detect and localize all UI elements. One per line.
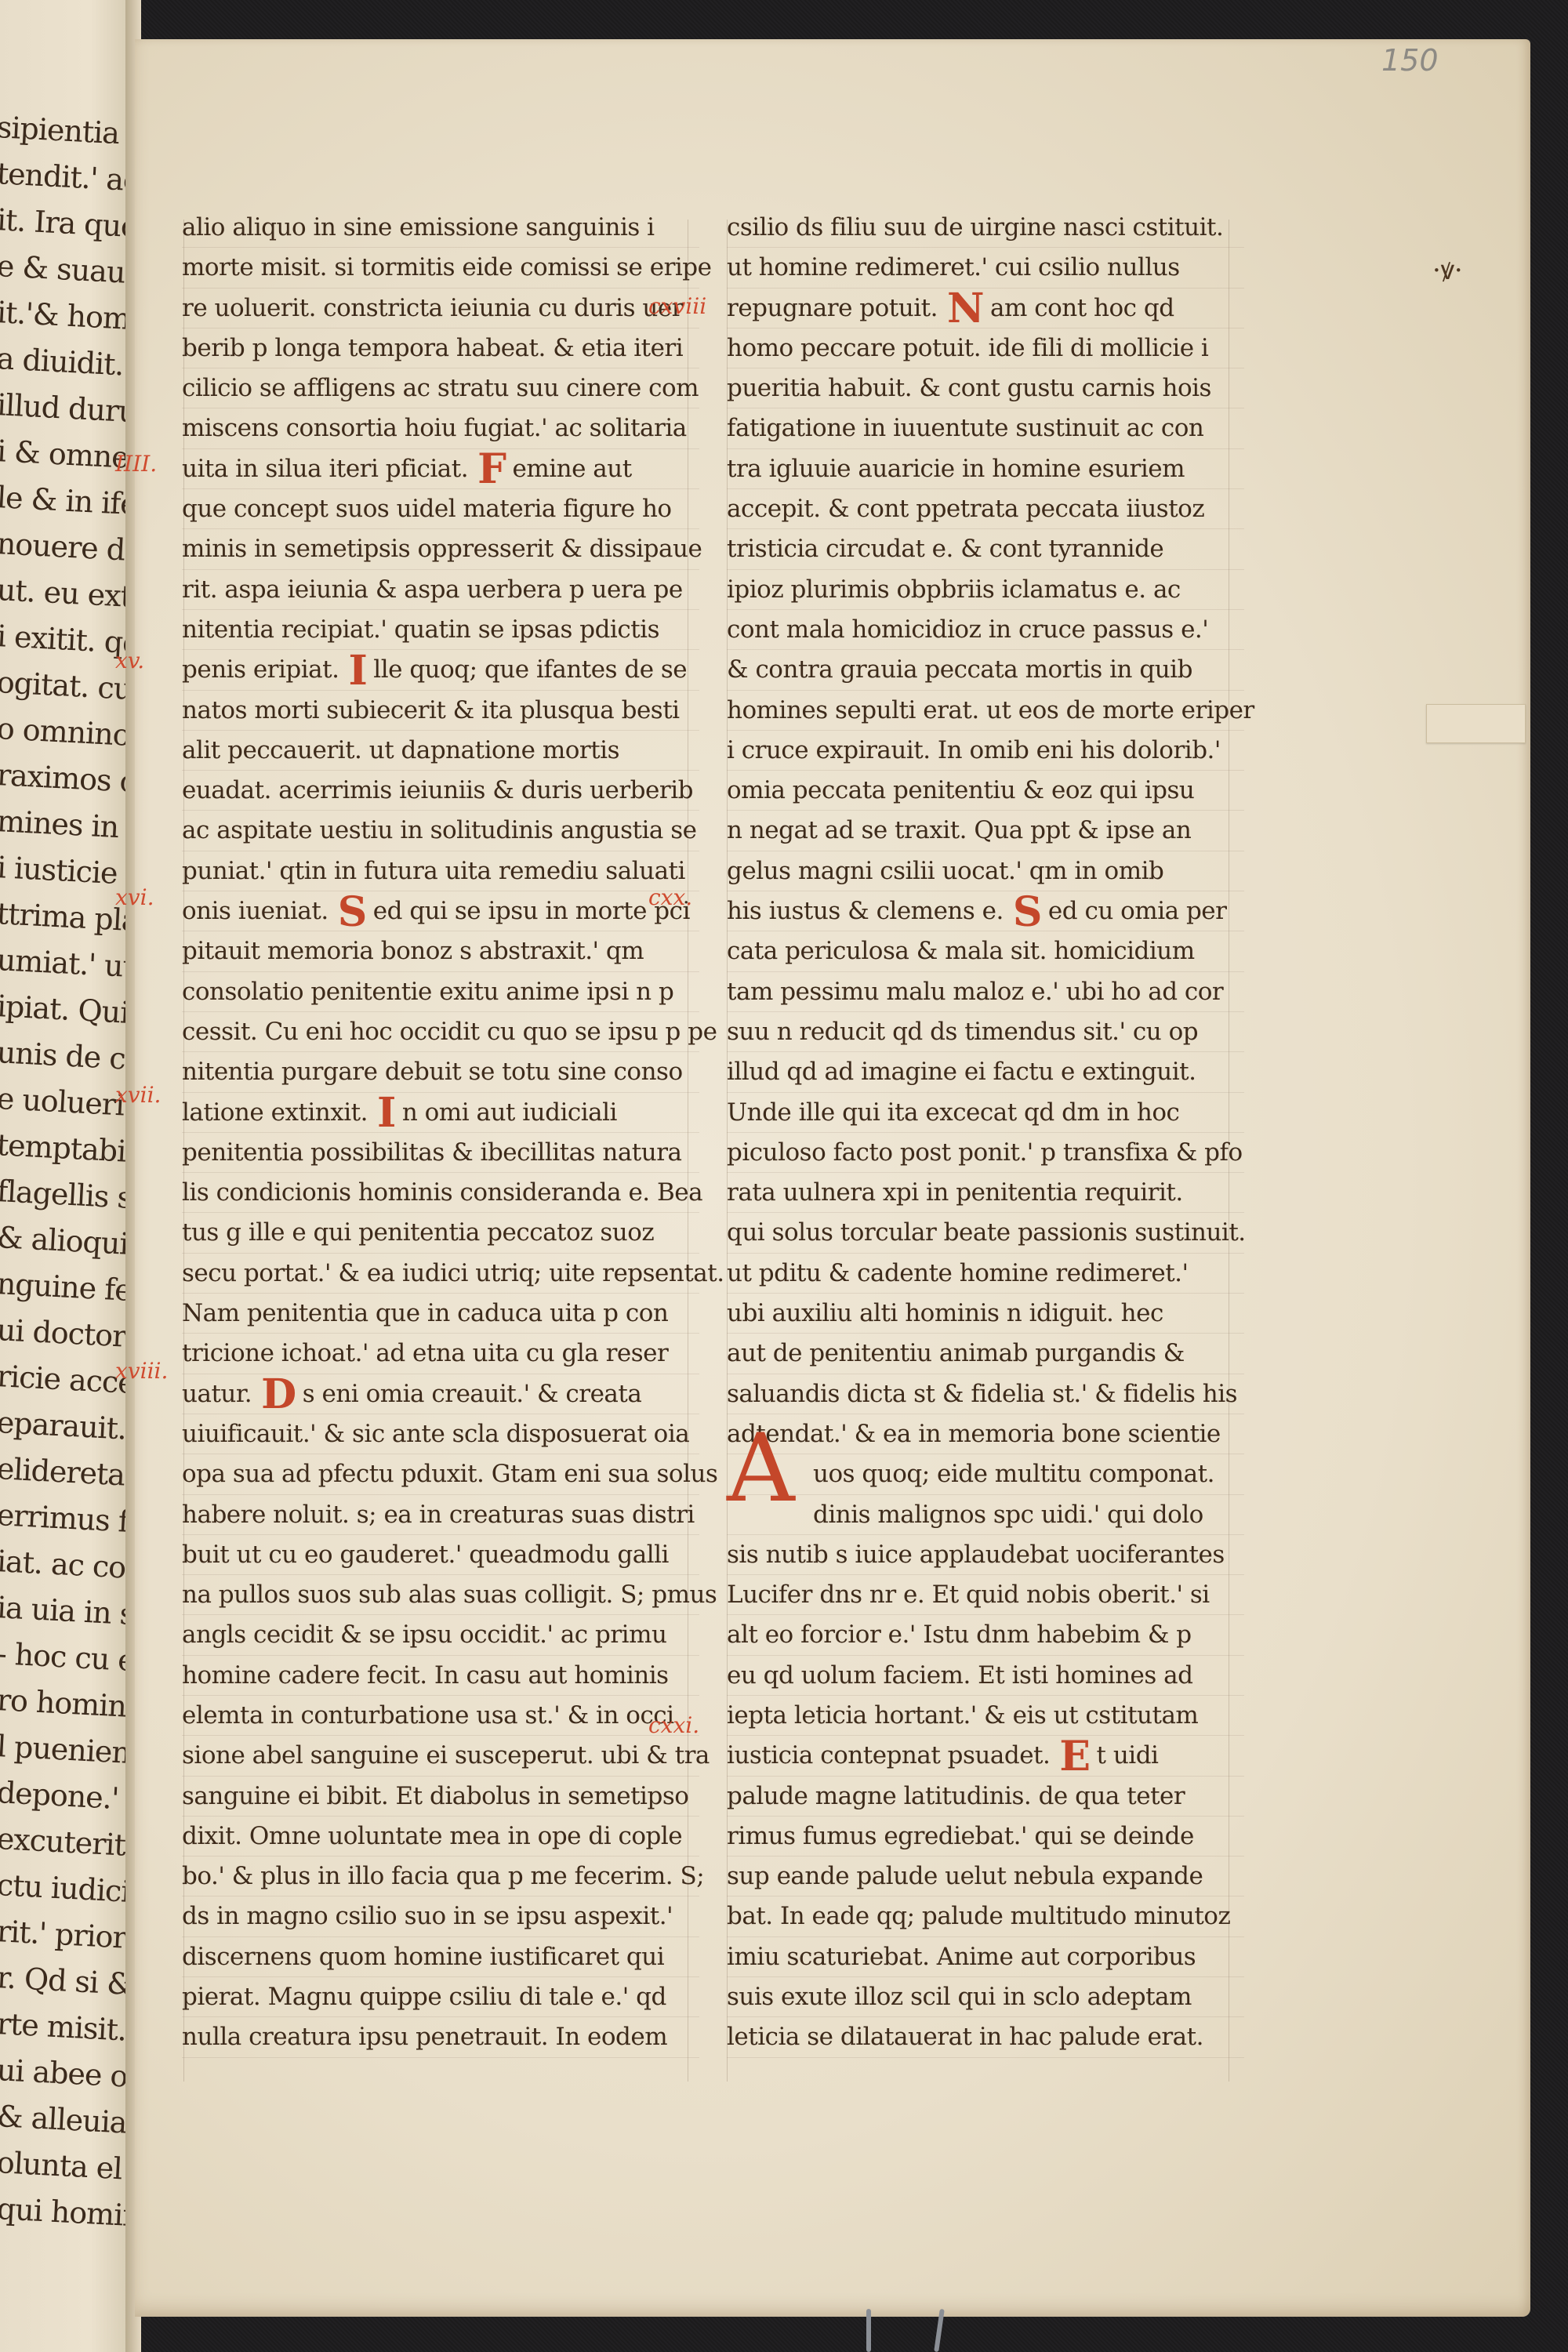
facing-page-line: a diuidit. nec eos simul — [0, 341, 129, 393]
text-line-content: latione extinxit. — [182, 1098, 368, 1127]
facing-page-line: flagellis sic — [0, 1174, 129, 1217]
text-line-content: his iustus & clemens e. — [727, 897, 1004, 925]
facing-page-line: elideretat. etia & ipse — [0, 1451, 129, 1502]
text-line: cessit. Cu eni hoc occidit cu quo se ips… — [182, 1012, 699, 1052]
text-line: consolatio penitentie exitu anime ipsi n… — [182, 972, 699, 1012]
text-line: qui solus torcular beate passionis susti… — [727, 1213, 1244, 1253]
text-line: alit peccauerit. ut dapnatione mortis — [182, 731, 699, 771]
rubricated-initial: E — [1059, 1741, 1090, 1773]
text-line: elemta in conturbatione usa st.' & in oc… — [182, 1696, 699, 1736]
text-line: csilio ds filiu suu de uirgine nasci cst… — [727, 208, 1244, 248]
text-line: uiuificauit.' & sic ante scla disposuera… — [182, 1414, 699, 1454]
text-line-content: uatur. — [182, 1380, 252, 1408]
facing-page-line: tendit.' ac moderantis m — [0, 156, 129, 209]
facing-page-line: i iusticie oculum — [0, 850, 129, 897]
text-line: natos morti subiecerit & ita plusqua bes… — [182, 691, 699, 731]
chapter-number: cxxi. — [648, 1712, 699, 1738]
facing-page-line: eparauit. Is impde — [0, 1405, 129, 1453]
text-line-content: penis eripiat. — [182, 655, 339, 684]
initial-continuation: ed cu omia per — [1048, 897, 1227, 925]
text-line: eu qd uolum faciem. Et isti homines ad — [727, 1656, 1244, 1696]
initial-continuation: t uidi — [1097, 1741, 1159, 1769]
facing-page-line: o omnino contrar — [0, 711, 129, 759]
text-column-right: csilio ds filiu suu de uirgine nasci cst… — [727, 208, 1244, 2058]
text-line: iepta leticia hortant.' & eis ut cstitut… — [727, 1696, 1244, 1736]
text-line: que concept suos uidel materia figure ho — [182, 489, 699, 529]
facing-page-line: sipientia isanit. & patia — [0, 110, 129, 162]
text-line: discernens quom homine iustificaret qui — [182, 1937, 699, 1977]
facing-page-line: - hoc cu equitate — [0, 1636, 129, 1683]
text-line: penis eripiat.Ille quoq; que ifantes de … — [182, 650, 699, 690]
text-line: tricione ichoat.' ad etna uita cu gla re… — [182, 1334, 699, 1374]
facing-page-line: depone.' si penas — [0, 1775, 129, 1822]
chapter-number: xvi. — [115, 884, 154, 910]
text-column-left: alio aliquo in sine emissione sanguinis … — [182, 208, 699, 2058]
text-line: habere noluit. s; ea in creaturas suas d… — [182, 1495, 699, 1535]
facing-page-line: ipiat. Qui ei — [0, 989, 129, 1032]
facing-page-line: r. Qd si & ille qui — [0, 1960, 129, 2007]
text-line: miscens consortia hoiu fugiat.' ac solit… — [182, 408, 699, 448]
rubricated-initial: S — [338, 897, 367, 928]
text-line-content: uita in silua iteri pficiat. — [182, 455, 468, 483]
text-line: rata uulnera xpi in penitentia requirit. — [727, 1173, 1244, 1213]
text-line: nulla creatura ipsu penetrauit. In eodem — [182, 2017, 699, 2057]
text-line: opa sua ad pfectu pduxit. Gtam eni sua s… — [182, 1454, 699, 1494]
facing-page-line: excuterit etia ieiuni — [0, 1821, 129, 1871]
large-rubricated-initial: A — [727, 1414, 795, 1523]
text-line: penitentia possibilitas & ibecillitas na… — [182, 1133, 699, 1173]
text-line: nitentia recipiat.' quatin se ipsas pdic… — [182, 610, 699, 650]
text-line: dixit. Omne uoluntate mea in ope di copl… — [182, 1817, 699, 1857]
facing-page-line: rte misit. pfatos cru — [0, 2006, 129, 2056]
text-line: buit ut cu eo gauderet.' queadmodu galli — [182, 1535, 699, 1575]
text-line: Unde ille qui ita excecat qd dm in hoc — [727, 1093, 1244, 1133]
text-line: pierat. Magnu quippe csiliu di tale e.' … — [182, 1977, 699, 2017]
initial-continuation: lle quoq; que ifantes de se — [373, 655, 687, 684]
text-line: sis nutib s iuice applaudebat uociferant… — [727, 1535, 1244, 1575]
book-strap — [866, 2309, 871, 2352]
facing-page-line: illud duru & iportabile — [0, 387, 129, 438]
facing-page-line: temptabit — [0, 1127, 129, 1169]
corner-mark: ·ꝟ· — [1432, 251, 1463, 287]
text-line-content: repugnare potuit. — [727, 294, 938, 322]
facing-page-line: errimus flagellis p — [0, 1497, 129, 1545]
text-line: alt eo forcior e.' Istu dnm habebim & p — [727, 1615, 1244, 1655]
text-line: minis in semetipsis oppresserit & dissip… — [182, 529, 699, 569]
text-line: imiu scaturiebat. Anime aut corporibus — [727, 1937, 1244, 1977]
text-line: bo.' & plus in illo facia qua p me fecer… — [182, 1857, 699, 1896]
text-line: fatigatione in iuuentute sustinuit ac co… — [727, 408, 1244, 448]
text-line: homo peccare potuit. ide fili di mollici… — [727, 328, 1244, 368]
text-line: re uoluerit. constricta ieiunia cu duris… — [182, 289, 699, 328]
text-line: pitauit memoria bonoz s abstraxit.' qm — [182, 931, 699, 971]
text-line: lis condicionis hominis consideranda e. … — [182, 1173, 699, 1213]
text-line: sup eande palude uelut nebula expande — [727, 1857, 1244, 1896]
folio-number: 150 — [1381, 43, 1439, 78]
text-line: ipioz plurimis obpbriis iclamatus e. ac — [727, 570, 1244, 610]
paper-tab — [1426, 704, 1526, 743]
facing-page-line: e uoluerit — [0, 1081, 129, 1123]
text-line: onis iueniat.Sed qui se ipsu in morte pc… — [182, 891, 699, 931]
text-line: bat. In eade qq; palude multitudo minuto… — [727, 1896, 1244, 1936]
manuscript-page: 150 ·ꝟ· alio aliquo in sine emissione sa… — [135, 39, 1530, 2317]
text-line: tra igluuie auaricie in homine esuriem — [727, 449, 1244, 489]
text-line: uita in silua iteri pficiat.Femine aut — [182, 449, 699, 489]
chapter-number: xvii. — [115, 1082, 161, 1108]
initial-continuation: ed qui se ipsu in morte pci — [373, 897, 690, 925]
text-line: ubi auxiliu alti hominis n idiguit. hec — [727, 1294, 1244, 1334]
text-line: berib p longa tempora habeat. & etia ite… — [182, 328, 699, 368]
chapter-number: cxviii — [648, 293, 706, 319]
facing-page-line: & alioqui temp — [0, 1220, 129, 1265]
chapter-number: IIII. — [115, 451, 157, 477]
facing-page-line: l pueniendo quia p — [0, 1729, 129, 1777]
facing-page-line: mines in qualicu — [0, 804, 129, 851]
text-line: Lucifer dns nr e. Et quid nobis oberit.'… — [727, 1575, 1244, 1615]
text-line: i cruce expirauit. In omib eni his dolor… — [727, 731, 1244, 771]
facing-page-line: it.'& homicida illa ille — [0, 295, 129, 345]
text-line: tus g ille e qui penitentia peccatoz suo… — [182, 1213, 699, 1253]
text-line: illud qd ad imagine ei factu e extinguit… — [727, 1052, 1244, 1092]
text-line: dinis malignos spc uidi.' qui dolo — [727, 1495, 1244, 1535]
facing-page-line: & alleuiata scdm — [0, 2099, 129, 2146]
facing-page-line: i exitit. qd nec de terre — [0, 619, 129, 670]
rubricated-initial: I — [377, 1098, 396, 1129]
text-line: repugnare potuit.Nam cont hoc qd — [727, 289, 1244, 328]
text-line: uatur.Ds eni omia creauit.' & creata — [182, 1374, 699, 1414]
text-line: gelus magni csilii uocat.' qm in omib — [727, 851, 1244, 891]
text-line: latione extinxit.In omi aut iudiciali — [182, 1093, 699, 1133]
facing-page-line: i & omne iusticia comp — [0, 434, 129, 485]
facing-page-line: rit.' priorib aliquam — [0, 1914, 129, 1963]
text-line: his iustus & clemens e.Sed cu omia per — [727, 891, 1244, 931]
text-line: cata periculosa & mala sit. homicidium — [727, 931, 1244, 971]
text-line: sanguine ei bibit. Et diabolus in semeti… — [182, 1777, 699, 1817]
text-line: ds in magno csilio suo in se ipsu aspexi… — [182, 1896, 699, 1936]
facing-page-line: ogitat. cu illu qui — [0, 665, 129, 712]
text-line: angls cecidit & se ipsu occidit.' ac pri… — [182, 1615, 699, 1655]
text-line: adtendat.' & ea in memoria bone scientie — [727, 1414, 1244, 1454]
chapter-number: cxx. — [648, 884, 692, 910]
rubricated-initial: S — [1013, 897, 1042, 928]
text-line: rimus fumus egrediebat.' qui se deinde — [727, 1817, 1244, 1857]
chapter-number: xviii. — [115, 1358, 168, 1384]
text-line: homines sepulti erat. ut eos de morte er… — [727, 691, 1244, 731]
facing-page-line: olunta el eide pecca — [0, 2145, 129, 2194]
text-line: ut homine redimeret.' cui csilio nullus — [727, 248, 1244, 288]
facing-page: sipientia isanit. & patiatendit.' ac mod… — [0, 0, 129, 2352]
facing-page-line: ro homine pcipitat — [0, 1682, 129, 1731]
text-line: morte misit. si tormitis eide comissi se… — [182, 248, 699, 288]
text-line: accepit. & cont ppetrata peccata iiustoz — [727, 489, 1244, 529]
text-line: aut de penitentiu animab purgandis & — [727, 1334, 1244, 1374]
text-line: n negat ad se traxit. Qua ppt & ipse an — [727, 811, 1244, 851]
facing-page-line: ui abee obtauerit — [0, 2053, 129, 2100]
text-line: suu n reducit qd ds timendus sit.' cu op — [727, 1012, 1244, 1052]
facing-page-line: nguine fedaui — [0, 1266, 129, 1311]
rubricated-initial: I — [348, 655, 367, 687]
initial-continuation: emine aut — [512, 455, 631, 483]
text-line: Nam penitentia que in caduca uita p con — [182, 1294, 699, 1334]
facing-page-line: ricie accensus — [0, 1359, 129, 1404]
chapter-number: xv. — [115, 648, 144, 673]
rubricated-initial: D — [261, 1379, 296, 1410]
text-line: uos quoq; eide multitu componat. — [727, 1454, 1244, 1494]
facing-page-line: iat. ac consortia ho — [0, 1544, 129, 1592]
facing-page-line: le & in iferno porcio d — [0, 480, 129, 531]
text-line: puniat.' qtin in futura uita remediu sal… — [182, 851, 699, 891]
text-line: homine cadere fecit. In casu aut hominis — [182, 1656, 699, 1696]
text-line: piculoso facto post ponit.' p transfixa … — [727, 1133, 1244, 1173]
text-line: pueritia habuit. & cont gustu carnis hoi… — [727, 368, 1244, 408]
facing-page-line: e & suauitate in legis — [0, 249, 129, 299]
text-line: suis exute illoz scil qui in sclo adepta… — [727, 1977, 1244, 2017]
text-line: tam pessimu malu maloz e.' ubi ho ad cor — [727, 972, 1244, 1012]
facing-page-line: qui homine — [0, 2191, 129, 2234]
text-line: omia peccata penitentiu & eoz qui ipsu — [727, 771, 1244, 811]
text-line: tristicia circudat e. & cont tyrannide — [727, 529, 1244, 569]
text-line: euadat. acerrimis ieiuniis & duris uerbe… — [182, 771, 699, 811]
text-line: nitentia purgare debuit se totu sine con… — [182, 1052, 699, 1092]
initial-continuation: s eni omia creauit.' & creata — [303, 1380, 642, 1408]
text-line: na pullos suos sub alas suas colligit. S… — [182, 1575, 699, 1615]
text-line: cont mala homicidioz in cruce passus e.' — [727, 610, 1244, 650]
text-line: palude magne latitudinis. de qua teter — [727, 1777, 1244, 1817]
rubricated-initial: N — [947, 293, 984, 325]
text-line-content: iusticia contepnat psuadet. — [727, 1741, 1050, 1769]
text-line: alio aliquo in sine emissione sanguinis … — [182, 208, 699, 248]
text-line: sione abel sanguine ei susceperut. ubi &… — [182, 1736, 699, 1776]
text-line: saluandis dicta st & fidelia st.' & fide… — [727, 1374, 1244, 1414]
facing-page-line: nouere desiderat.' ond — [0, 526, 129, 578]
initial-continuation: n omi aut iudiciali — [402, 1098, 617, 1127]
initial-continuation: am cont hoc qd — [990, 294, 1174, 322]
facing-page-line: raximos cruciat — [0, 757, 129, 804]
text-line: leticia se dilatauerat in hac palude era… — [727, 2017, 1244, 2057]
text-line: rit. aspa ieiunia & aspa uerbera p uera … — [182, 570, 699, 610]
text-line: cilicio se affligens ac stratu suu ciner… — [182, 368, 699, 408]
text-line: ac aspitate uestiu in solitudinis angust… — [182, 811, 699, 851]
facing-page-line: unis de corpore — [0, 1035, 129, 1081]
facing-page-line: it. Ira quoq; amantudi — [0, 202, 129, 253]
facing-page-line: ia uia in silua p aliq — [0, 1590, 129, 1639]
facing-page-line: ttrima placuli — [0, 896, 129, 941]
text-line: secu portat.' & ea iudici utriq; uite re… — [182, 1254, 699, 1294]
facing-page-line: umiat.' ut ... — [0, 942, 129, 985]
text-line: iusticia contepnat psuadet.Et uidi — [727, 1736, 1244, 1776]
facing-page-line: ui doctoris complet — [0, 1312, 129, 1361]
text-line-content: onis iueniat. — [182, 897, 328, 925]
facing-page-line: ctu iudiciu & qual — [0, 1867, 129, 1915]
facing-page-line: ut. eu extra se ducit a — [0, 572, 129, 623]
text-line: ut pditu & cadente homine redimeret.' — [727, 1254, 1244, 1294]
text-line: & contra grauia peccata mortis in quib — [727, 650, 1244, 690]
rubricated-initial: F — [477, 454, 506, 485]
